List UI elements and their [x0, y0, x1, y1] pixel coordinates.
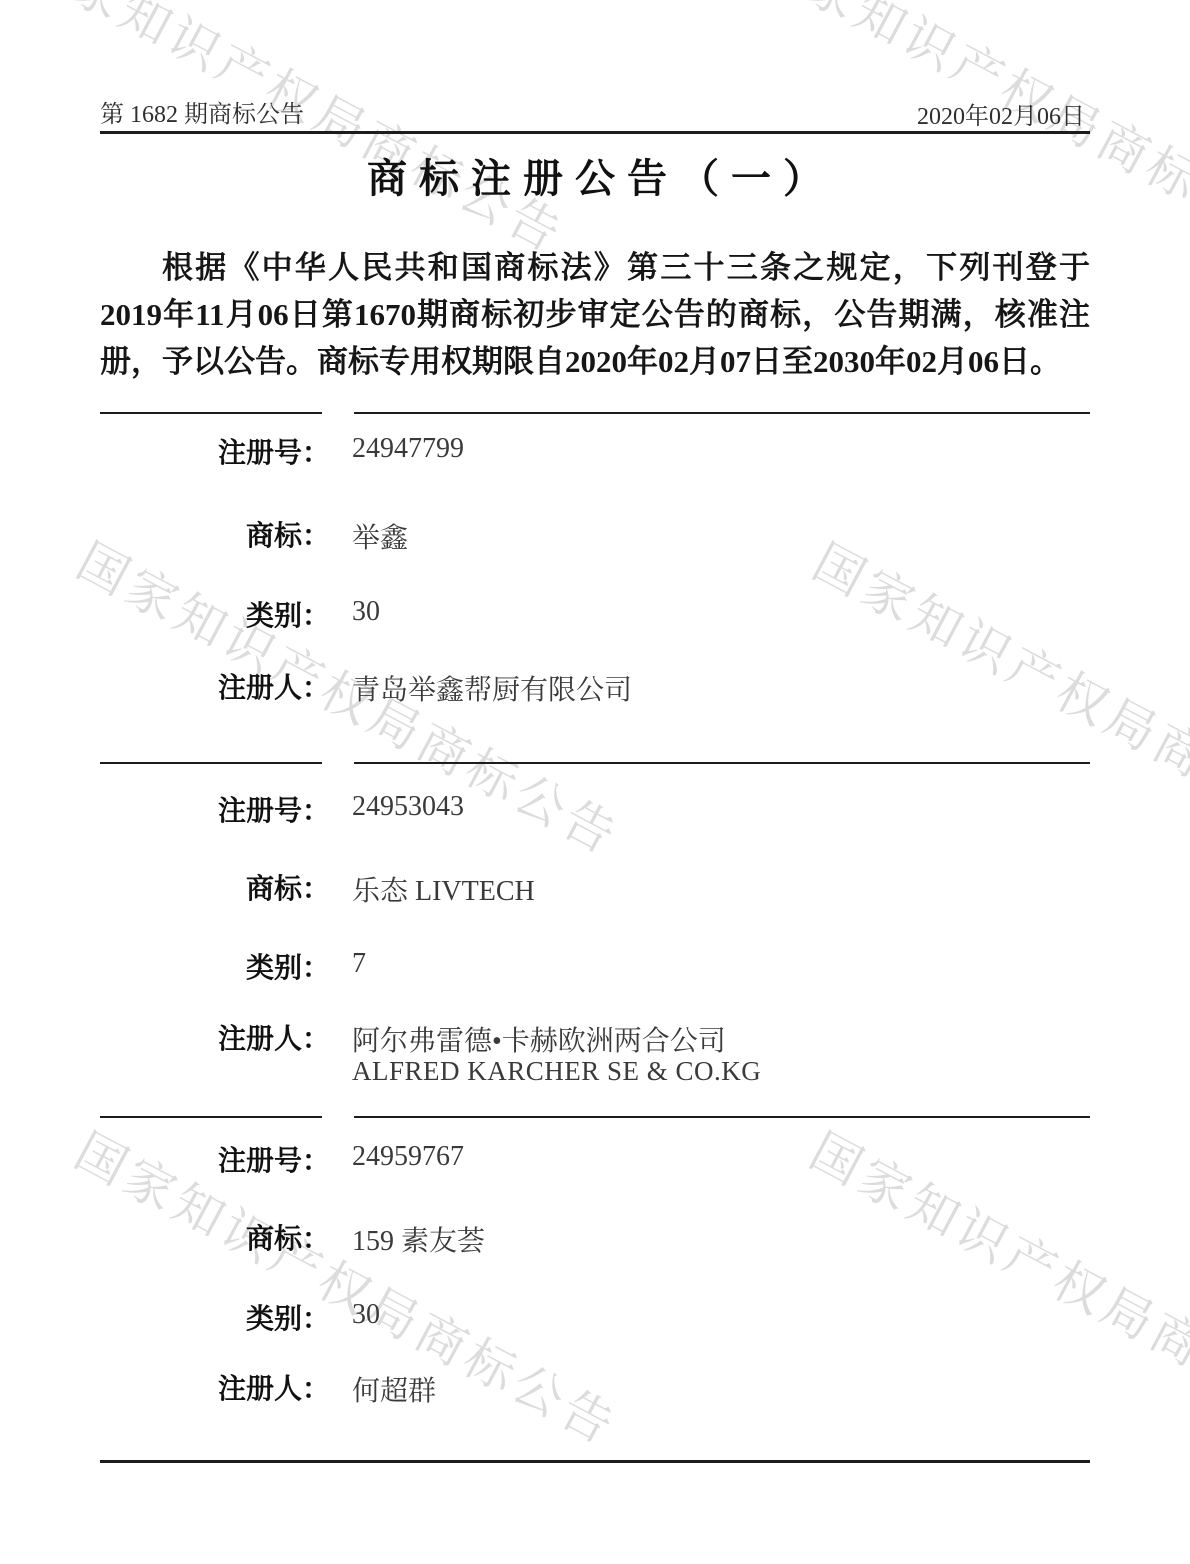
category-value: 30: [352, 596, 380, 628]
trademark-value: 举鑫: [352, 516, 408, 556]
reg-no-value: 24947799: [352, 433, 464, 465]
registrant-en-value: ALFRED KARCHER SE & CO.KG: [352, 1056, 761, 1087]
intro-paragraph: 根据《中华人民共和国商标法》第三十三条之规定，下列刊登于2019年11月06日第…: [100, 244, 1090, 385]
reg-no-value: 24959767: [352, 1141, 464, 1173]
category-label: 类别：: [100, 594, 330, 634]
registrant-label: 注册人：: [100, 1367, 330, 1407]
registrant-value: 何超群: [352, 1369, 436, 1409]
trademark-label: 商标：: [100, 514, 330, 554]
watermark-text: 国家知识产权局商标公告: [799, 1112, 1190, 1460]
gazette-issue-number: 第 1682 期商标公告: [100, 94, 304, 129]
separator-gap: [322, 411, 354, 415]
separator-line: [100, 1116, 1090, 1118]
category-value: 7: [352, 948, 366, 980]
reg-no-label: 注册号：: [100, 431, 330, 471]
registrant-value: 青岛举鑫帮厨有限公司: [352, 668, 632, 708]
registrant-value: 阿尔弗雷德•卡赫欧洲两合公司: [352, 1019, 726, 1059]
separator-gap: [322, 761, 354, 765]
registrant-label: 注册人：: [100, 666, 330, 706]
separator-line: [100, 762, 1090, 764]
separator-line: [100, 412, 1090, 414]
trademark-value: 159 素友荟: [352, 1219, 485, 1259]
trademark-value: 乐态 LIVTECH: [352, 869, 535, 909]
registrant-label: 注册人：: [100, 1017, 330, 1057]
separator-gap: [322, 1115, 354, 1119]
category-label: 类别：: [100, 1297, 330, 1337]
gazette-page: 国家知识产权局商标公告 国家知识产权局商标公告 国家知识产权局商标公告 国家知识…: [0, 0, 1190, 1564]
category-value: 30: [352, 1299, 380, 1331]
trademark-label: 商标：: [100, 1217, 330, 1257]
reg-no-value: 24953043: [352, 791, 464, 823]
gazette-date: 2020年02月06日: [917, 96, 1085, 131]
reg-no-label: 注册号：: [100, 1139, 330, 1179]
reg-no-label: 注册号：: [100, 789, 330, 829]
page-title: 商标注册公告（一）: [0, 147, 1190, 204]
watermark-text: 国家知识产权局商标公告: [802, 523, 1190, 871]
category-label: 类别：: [100, 946, 330, 986]
bottom-rule: [100, 1460, 1090, 1463]
trademark-label: 商标：: [100, 867, 330, 907]
header-rule: [100, 131, 1090, 134]
